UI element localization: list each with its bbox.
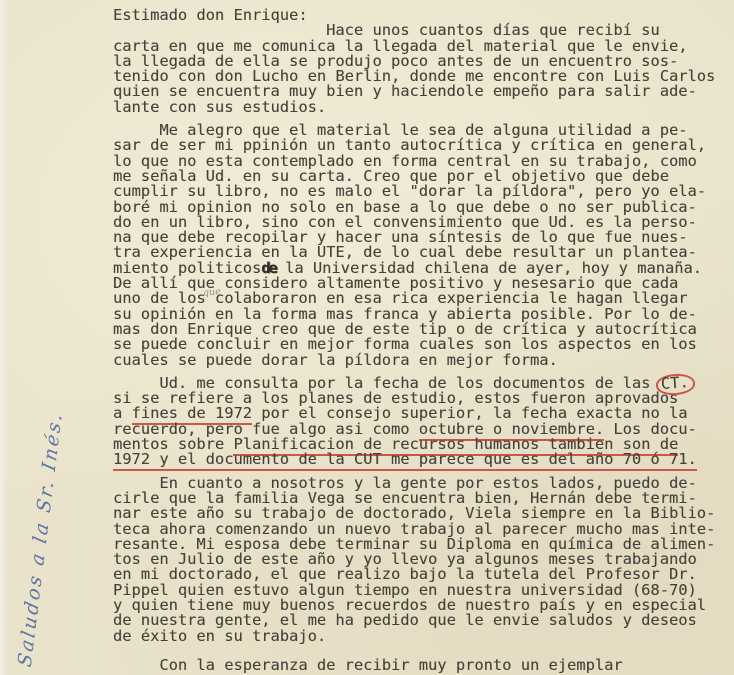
letter-line: 1972 y el documento de la CUT me parece …	[113, 452, 733, 467]
letter-body: Estimado don Enrique: Hace unos cuantos …	[113, 8, 733, 673]
letter-line: cuales se puede dorar la píldora en mejo…	[113, 353, 733, 368]
letter-paragraph: Estimado don Enrique: Hace unos cuantos …	[113, 8, 733, 115]
letter-paragraph: En cuanto a nosotros y la gente por esto…	[113, 476, 733, 644]
text-segment: lante con sus estudios.	[113, 98, 326, 116]
letter-paragraph: Me alegro que el material le sea de algu…	[113, 123, 733, 368]
letter-paragraph: Ud. me consulta por la fecha de los docu…	[113, 376, 733, 468]
margin-handwritten-note: Saludos a la Sr. Inés.	[14, 409, 67, 669]
scan-left-edge	[0, 0, 8, 675]
letter-line: lante con sus estudios.	[113, 100, 733, 115]
text-segment: de éxito en su trabajo.	[113, 627, 326, 645]
text-segment: Con la esperanza de recibir muy pronto u…	[113, 656, 623, 674]
scanned-letter-page: Estimado don Enrique: Hace unos cuantos …	[0, 0, 734, 675]
text-segment: cuales se puede dorar la píldora en mejo…	[113, 351, 558, 369]
red-underline-annotation: 1972 y el documento de la CUT me parece …	[113, 450, 697, 471]
pencil-annotation: que	[203, 286, 222, 299]
letter-paragraph: Con la esperanza de recibir muy pronto u…	[113, 658, 733, 673]
letter-line: Con la esperanza de recibir muy pronto u…	[113, 658, 733, 673]
letter-line: de éxito en su trabajo.	[113, 629, 733, 644]
